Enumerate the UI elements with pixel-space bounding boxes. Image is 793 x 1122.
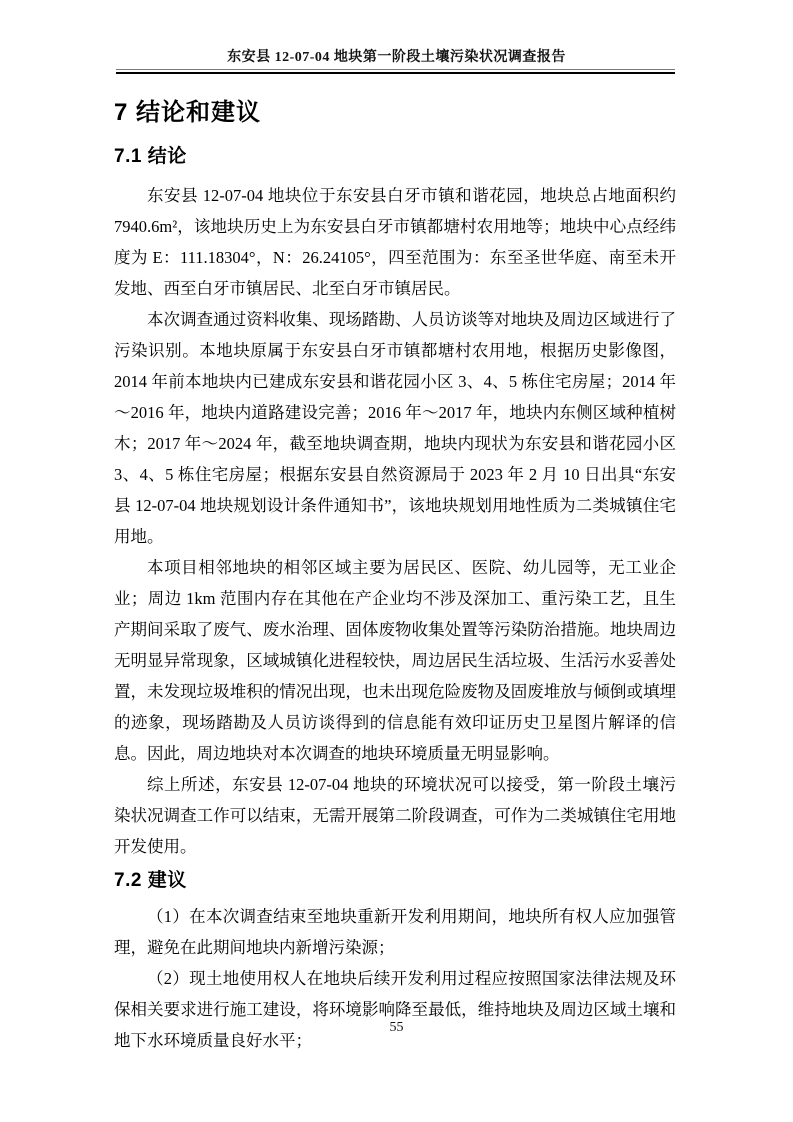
- suggestion-item-2: （2）现土地使用权人在地块后续开发利用过程应按照国家法律法规及环保相关要求进行施…: [114, 963, 676, 1056]
- page-content: 7 结论和建议 7.1 结论 东安县 12-07-04 地块位于东安县白牙市镇和…: [114, 88, 676, 1056]
- chapter-heading: 7 结论和建议: [114, 96, 676, 130]
- conclusion-paragraph-surroundings: 本项目相邻地块的相邻区域主要为居民区、医院、幼儿园等，无工业企业；周边 1km …: [114, 552, 676, 769]
- suggestion-item-1: （1）在本次调查结束至地块重新开发利用期间，地块所有权人应加强管理，避免在此期间…: [114, 901, 676, 963]
- header-rule: [116, 69, 675, 74]
- section-heading-suggestions: 7.2 建议: [114, 867, 676, 895]
- conclusion-paragraph-history: 本次调查通过资料收集、现场踏勘、人员访谈等对地块及周边区域进行了污染识别。本地块…: [114, 304, 676, 552]
- conclusion-paragraph-summary: 综上所述，东安县 12-07-04 地块的环境状况可以接受，第一阶段土壤污染状况…: [114, 769, 676, 862]
- page-header-title: 东安县 12-07-04 地块第一阶段土壤污染状况调查报告: [0, 46, 793, 66]
- page-number: 55: [0, 1020, 793, 1036]
- conclusion-paragraph-site-overview: 东安县 12-07-04 地块位于东安县白牙市镇和谐花园，地块总占地面积约794…: [114, 180, 676, 304]
- section-heading-conclusion: 7.1 结论: [114, 143, 676, 171]
